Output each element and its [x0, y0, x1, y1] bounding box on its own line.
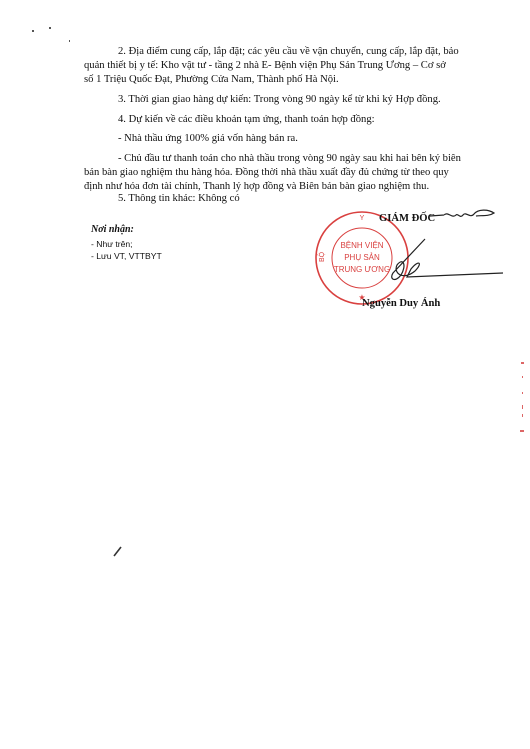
scan-speck — [32, 30, 34, 32]
scan-mark — [522, 392, 523, 394]
item-4b-line-2: bản bàn giao nghiệm thu hàng hóa. Đồng t… — [84, 166, 449, 180]
item-2-line-2: quản thiết bị y tế: Kho vật tư - tầng 2 … — [84, 59, 446, 73]
scan-speck — [69, 40, 70, 42]
scan-speck — [49, 27, 51, 29]
signatory-title: GIÁM ĐỐC — [379, 213, 435, 224]
scan-mark — [520, 430, 524, 432]
item-4a: - Nhà thầu ứng 100% giá vốn hàng bán ra. — [118, 132, 298, 146]
svg-text:TRUNG ƯƠNG: TRUNG ƯƠNG — [334, 265, 390, 274]
item-4: 4. Dự kiến về các điều khoản tạm ứng, th… — [118, 113, 375, 127]
item-2-line-1: 2. Địa điểm cung cấp, lắp đặt; các yêu c… — [118, 45, 459, 59]
recipient-item: - Lưu VT, VTTBYT — [91, 251, 162, 261]
svg-text:BỆNH VIỆN: BỆNH VIỆN — [340, 241, 383, 250]
item-3: 3. Thời gian giao hàng dự kiến: Trong vò… — [118, 93, 441, 107]
svg-text:BỘ: BỘ — [317, 251, 326, 262]
handwritten-signature — [385, 235, 505, 290]
signatory-name: Nguyễn Duy Ánh — [362, 298, 440, 309]
scan-mark — [522, 376, 523, 378]
scan-mark — [522, 414, 523, 417]
scan-mark — [521, 362, 524, 364]
recipients-title: Nơi nhận: — [91, 224, 134, 235]
item-5: 5. Thông tin khác: Không có — [118, 192, 240, 206]
initial-flourish — [430, 207, 500, 225]
scan-mark — [522, 405, 523, 409]
stray-pen-mark — [112, 545, 124, 557]
document-page: 2. Địa điểm cung cấp, lắp đặt; các yêu c… — [0, 0, 530, 749]
recipient-item: - Như trên; — [91, 239, 133, 249]
svg-text:PHỤ SẢN: PHỤ SẢN — [344, 253, 380, 262]
item-4b-line-1: - Chủ đầu tư thanh toán cho nhà thầu tro… — [118, 152, 461, 166]
item-2-line-3: số 1 Triệu Quốc Đạt, Phường Cửa Nam, Thà… — [84, 73, 339, 87]
svg-text:Y: Y — [360, 215, 365, 222]
